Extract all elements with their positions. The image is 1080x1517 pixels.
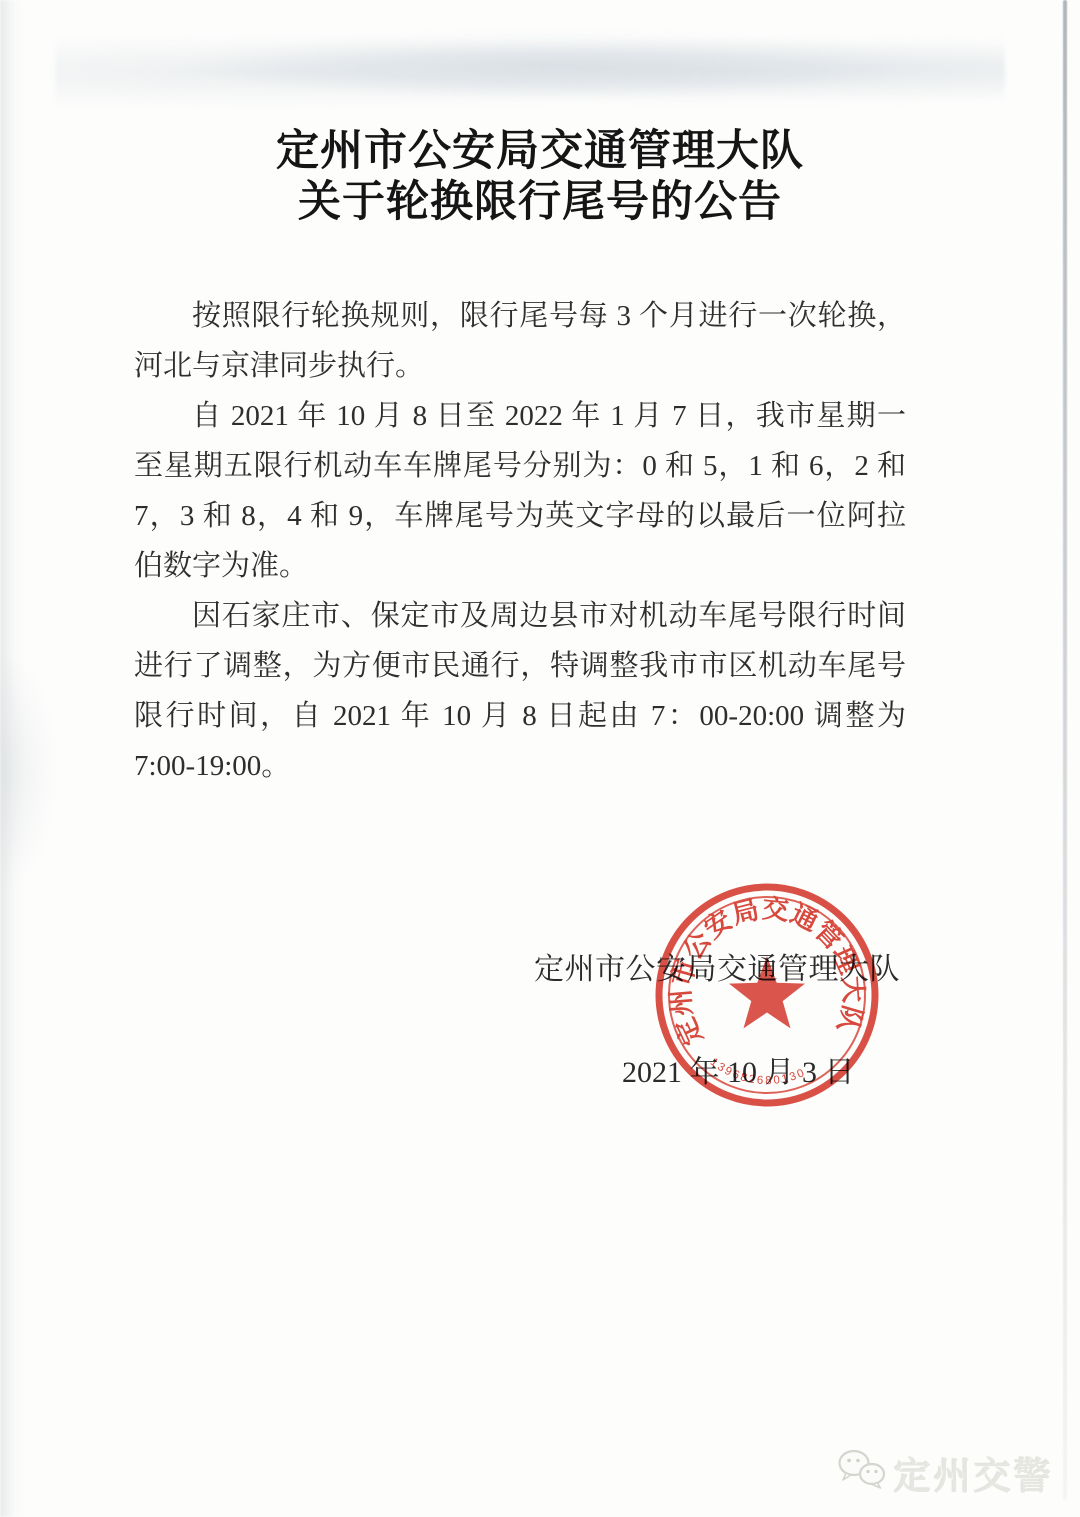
title-line-1: 定州市公安局交通管理大队 — [0, 126, 1080, 177]
paragraph-1-line: 按照限行轮换规则，限行尾号每 3 个月进行一次轮换， — [134, 291, 906, 341]
paragraph-2-line: 至星期五限行机动车车牌尾号分别为：0 和 5，1 和 6，2 和 — [134, 441, 906, 491]
document-title: 定州市公安局交通管理大队 关于轮换限行尾号的公告 — [0, 126, 1080, 228]
title-line-2: 关于轮换限行尾号的公告 — [0, 177, 1080, 228]
paragraph-3-line: 限行时间，自 2021 年 10 月 8 日起由 7：00-20:00 调整为 — [134, 691, 906, 741]
watermark-label: 定州交警 — [894, 1446, 1054, 1500]
document-body: 按照限行轮换规则，限行尾号每 3 个月进行一次轮换， 河北与京津同步执行。 自 … — [134, 291, 906, 791]
watermark: 定州交警 — [836, 1446, 1054, 1500]
paragraph-3-line: 7:00-19:00。 — [134, 741, 906, 791]
scan-top-smudge — [55, 28, 1005, 108]
paragraph-1-line: 河北与京津同步执行。 — [134, 341, 906, 391]
wechat-icon — [836, 1448, 888, 1499]
paragraph-2-line: 7，3 和 8，4 和 9，车牌尾号为英文字母的以最后一位阿拉 — [134, 491, 906, 541]
scanned-notice-page: 定州市公安局交通管理大队 关于轮换限行尾号的公告 按照限行轮换规则，限行尾号每 … — [0, 0, 1080, 1517]
paragraph-3-line: 因石家庄市、保定市及周边县市对机动车尾号限行时间 — [134, 591, 906, 641]
paragraph-2-line: 伯数字为准。 — [134, 541, 906, 591]
signature-line: 定州市公安局交通管理大队 — [534, 945, 900, 995]
paragraph-3-line: 进行了调整，为方便市民通行，特调整我市市区机动车尾号 — [134, 641, 906, 691]
date-line: 2021 年 10 月 3 日 — [622, 1048, 855, 1098]
scan-left-smudge — [0, 640, 60, 900]
paragraph-2-line: 自 2021 年 10 月 8 日至 2022 年 1 月 7 日，我市星期一 — [134, 391, 906, 441]
